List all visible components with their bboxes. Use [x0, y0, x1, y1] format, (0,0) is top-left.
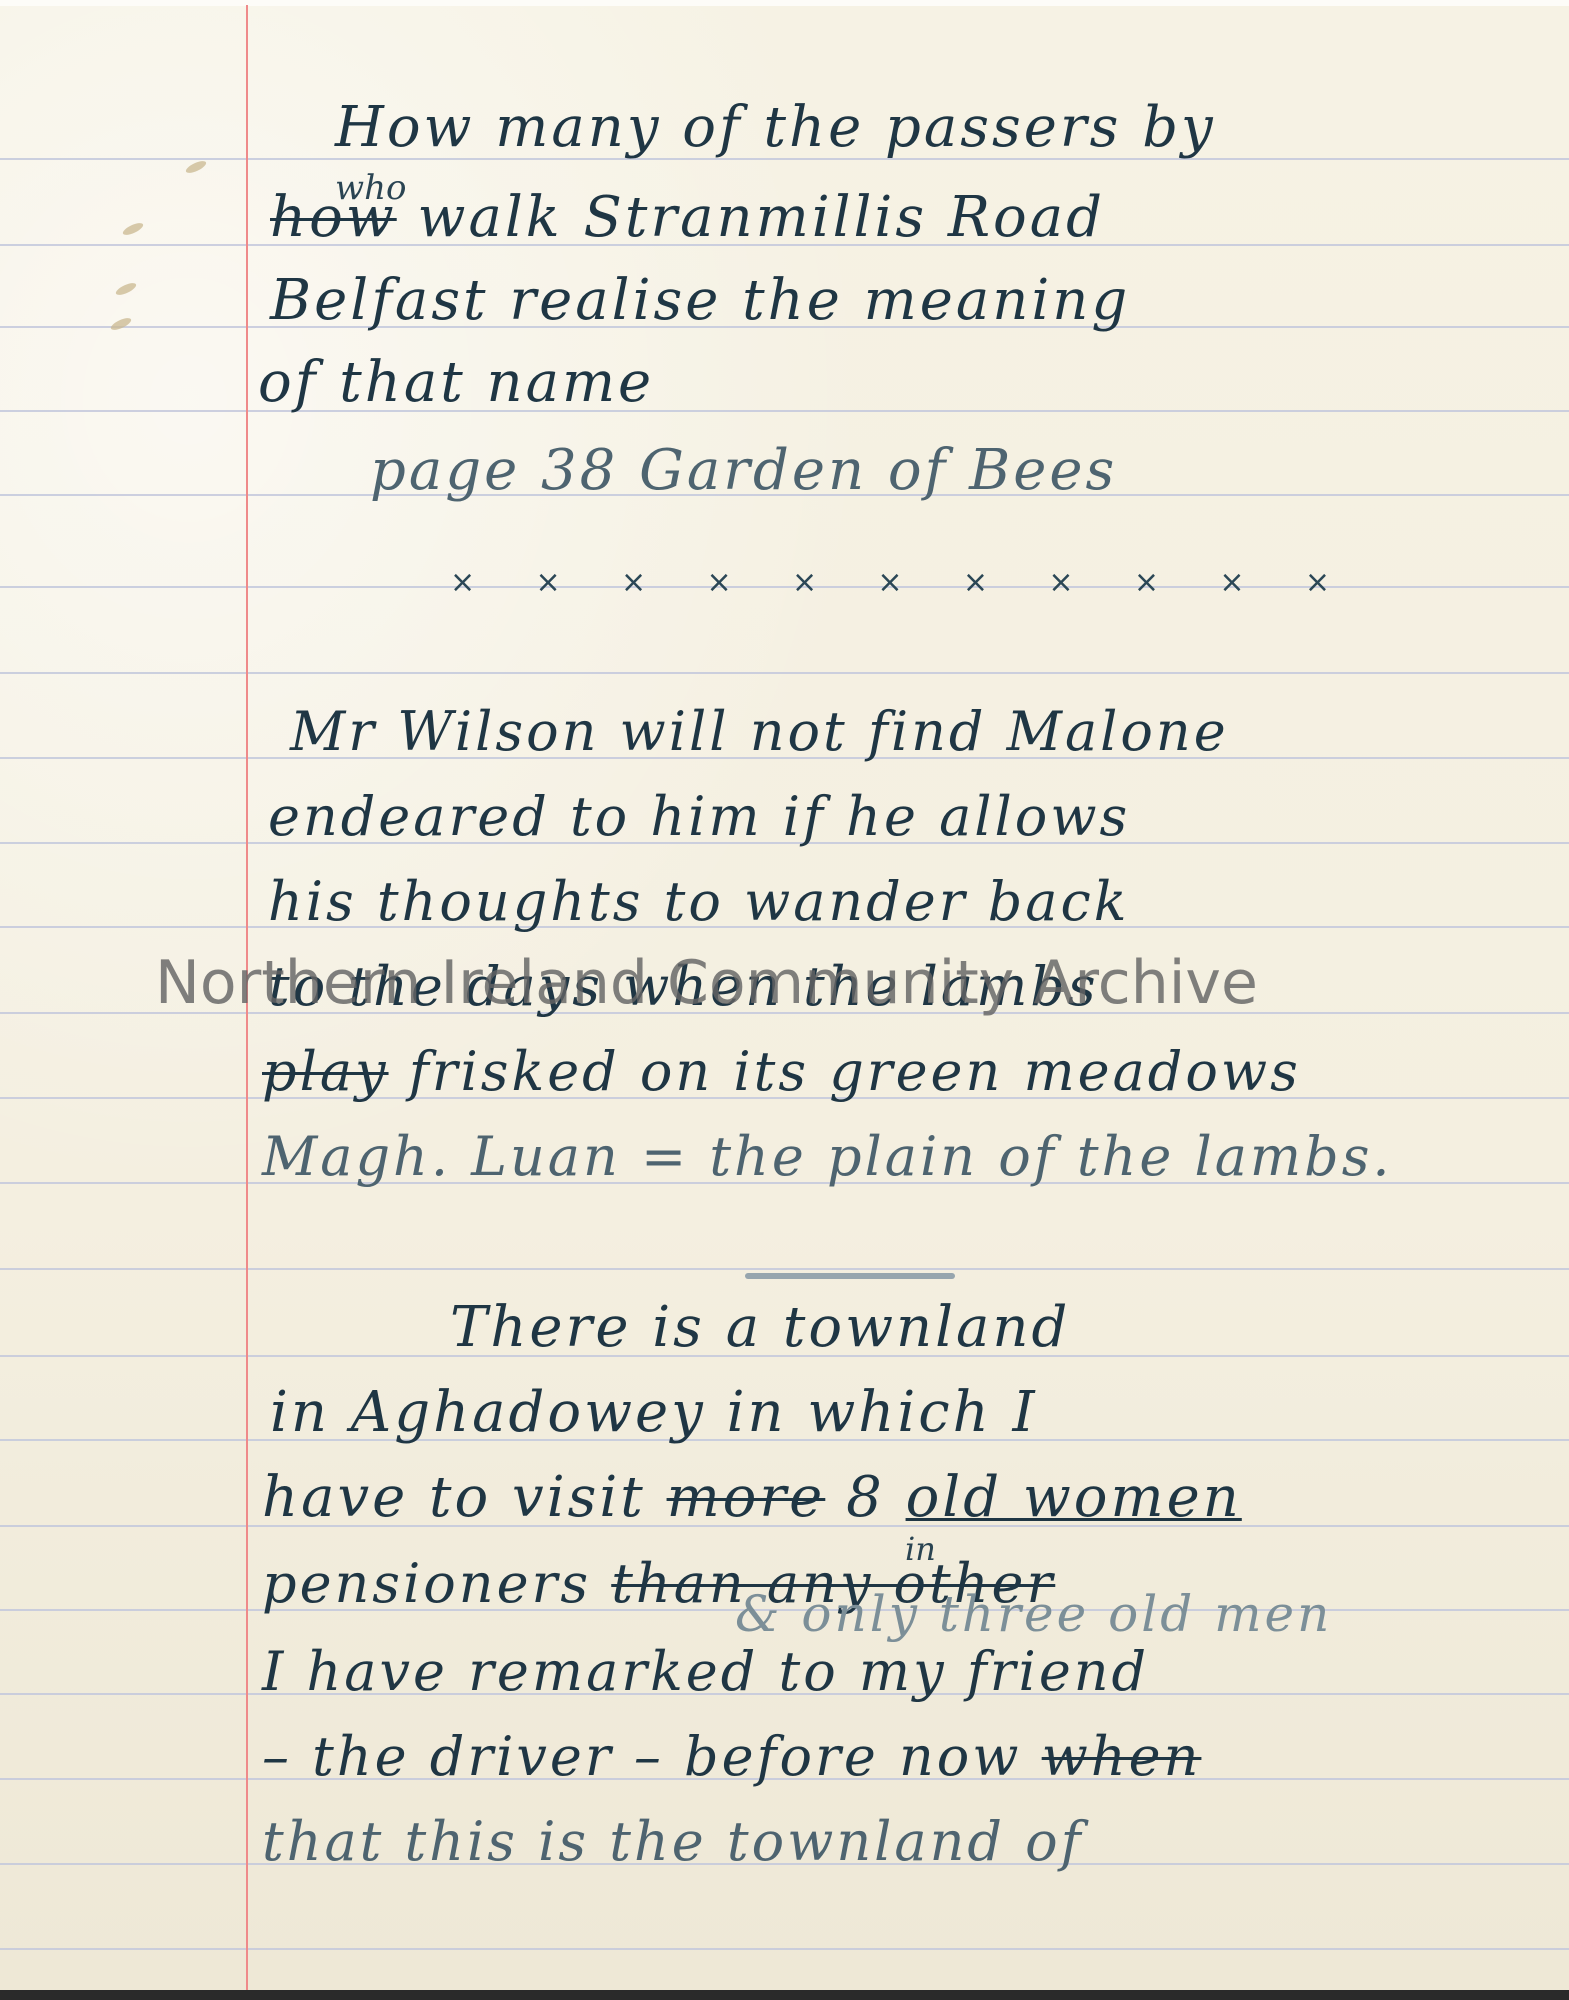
cross-mark: ×: [963, 565, 988, 600]
scan-bottom-edge: [0, 1990, 1569, 2000]
scan-top-border: [0, 0, 1569, 6]
handwritten-line: how walk Stranmillis Road: [270, 185, 1105, 250]
handwritten-line: Belfast realise the meaning: [270, 268, 1130, 333]
cross-mark: ×: [450, 565, 475, 600]
line-text: frisked on its green meadows: [409, 1040, 1301, 1103]
punch-hole-mark: [121, 221, 144, 238]
cross-mark: ×: [1134, 565, 1159, 600]
handwritten-line: I have remarked to my friend: [262, 1640, 1149, 1703]
handwritten-line: in Aghadowey in which I: [270, 1380, 1038, 1445]
cross-mark: ×: [706, 565, 731, 600]
handwritten-line: How many of the passers by: [335, 95, 1216, 160]
handwritten-line: – the driver – before now when: [262, 1725, 1201, 1788]
struck-word: how: [270, 185, 397, 250]
struck-word: when: [1042, 1725, 1202, 1788]
number-eight: 8: [846, 1465, 885, 1530]
section-divider-dash: [745, 1273, 955, 1279]
punch-hole-mark: [114, 281, 137, 298]
handwritten-line: Mr Wilson will not find Malone: [290, 700, 1229, 763]
cross-mark: ×: [621, 565, 646, 600]
handwritten-line: There is a townland: [450, 1295, 1070, 1360]
notebook-page: How many of the passers by who how walk …: [0, 0, 1569, 2000]
ruled-line: [0, 410, 1569, 412]
cross-mark: ×: [1048, 565, 1073, 600]
handwritten-line: play frisked on its green meadows: [262, 1040, 1301, 1103]
handwritten-line: have to visit more 8 old women: [262, 1465, 1242, 1530]
cross-mark: ×: [877, 565, 902, 600]
line-text: have to visit: [262, 1465, 646, 1530]
cross-mark: ×: [535, 565, 560, 600]
struck-word: play: [262, 1040, 389, 1103]
line-text: walk Stranmillis Road: [418, 185, 1105, 250]
added-phrase: & only three old men: [735, 1585, 1332, 1643]
section-separator: × × × × × × × × × × ×: [450, 565, 1330, 600]
handwritten-line: endeared to him if he allows: [268, 785, 1130, 848]
handwritten-line: of that name: [258, 350, 654, 415]
cross-mark: ×: [1219, 565, 1244, 600]
handwritten-line: Magh. Luan = the plain of the lambs.: [262, 1125, 1393, 1188]
underlined-text: old women: [906, 1465, 1242, 1530]
line-text: – the driver – before now: [262, 1725, 1022, 1788]
ruled-line: [0, 1268, 1569, 1270]
punch-hole-mark: [109, 316, 132, 333]
cross-mark: ×: [792, 565, 817, 600]
ruled-line: [0, 1948, 1569, 1950]
archive-watermark: Northern Ireland Community Archive: [155, 948, 1258, 1018]
handwritten-line: that this is the townland of: [262, 1810, 1084, 1873]
handwritten-line: his thoughts to wander back: [268, 870, 1129, 933]
ruled-line: [0, 672, 1569, 674]
struck-word: more: [667, 1465, 826, 1530]
punch-hole-mark: [184, 159, 207, 176]
page-reference: page 38 Garden of Bees: [370, 438, 1117, 503]
line-text: pensioners: [262, 1552, 591, 1615]
cross-mark: ×: [1305, 565, 1330, 600]
